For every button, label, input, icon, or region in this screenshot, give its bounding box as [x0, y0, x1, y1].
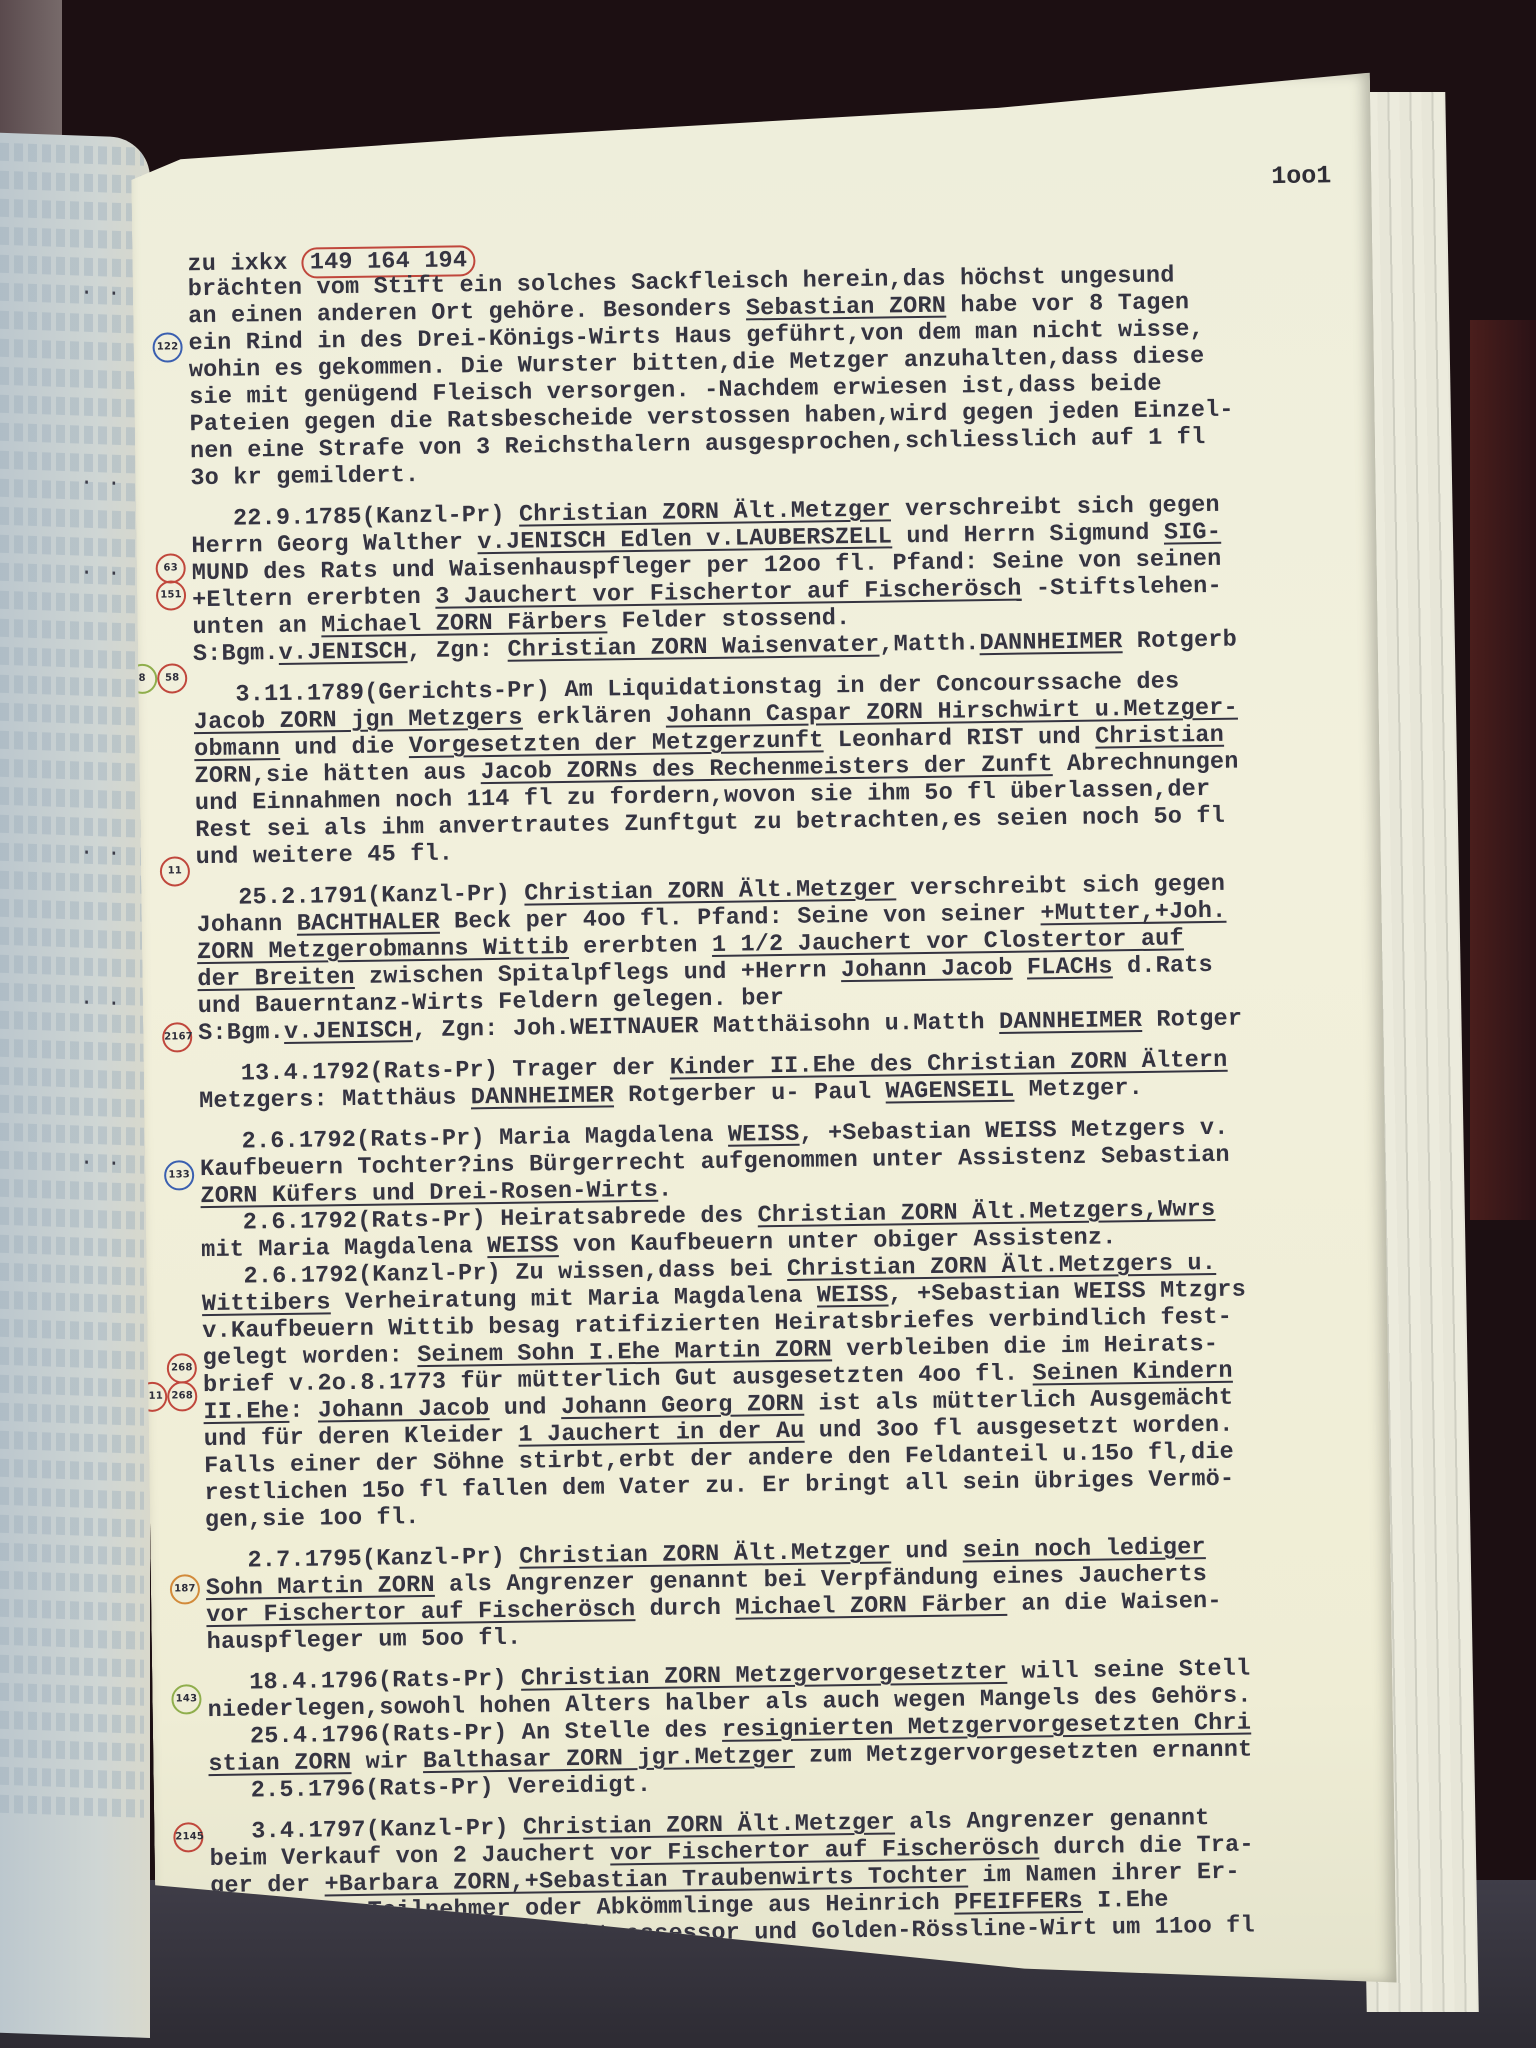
underlined-name: Johann Jacob	[318, 1395, 490, 1424]
left-page-dots: ..	[80, 986, 134, 1013]
underlined-name: II.Ehe	[203, 1398, 289, 1426]
underlined-name: DANNHEIMER	[979, 628, 1122, 657]
underlined-name: stian ZORN	[208, 1749, 351, 1778]
left-page: .. .. .. .. .. ..	[0, 132, 150, 2038]
record-entry: zu ixkx 149 164 194brächten vom Stift ei…	[187, 233, 1360, 492]
underlined-name: Michael ZORN Färber	[735, 1591, 1007, 1622]
margin-annotation: 187	[170, 1574, 200, 1604]
underlined-name: WEISS	[487, 1232, 559, 1260]
margin-annotation: 133	[164, 1160, 194, 1190]
record-entry: 2.7.1795(Kanzl-Pr) Christian ZORN Ält.Me…	[205, 1532, 1376, 1656]
margin-annotation: 143	[171, 1684, 201, 1714]
underlined-name: Balthasar ZORN jgr.Metzger	[423, 1743, 795, 1775]
underlined-name: DANNHEIMER	[471, 1082, 614, 1111]
underlined-name: Wittibers	[202, 1289, 331, 1318]
underlined-name: BACHTHALER	[297, 909, 440, 938]
underlined-name: Sebastian ZORN	[746, 293, 947, 323]
margin-annotation: 63	[155, 553, 185, 583]
underlined-name: WAGENSEIL	[885, 1077, 1014, 1106]
left-page-dots: ..	[80, 836, 134, 863]
left-page-dots: ..	[80, 556, 134, 583]
underlined-name: Christian	[1095, 722, 1224, 751]
margin-annotation: 268	[167, 1353, 197, 1383]
left-page-dots: ..	[80, 276, 134, 303]
margin-annotation: 122	[152, 332, 182, 362]
margin-annotation: 58	[157, 663, 187, 693]
background-shadow	[1470, 320, 1536, 1220]
underlined-name: Seinen Kindern	[1032, 1358, 1233, 1388]
underlined-name: obmann	[194, 735, 280, 763]
underlined-name: WEISS	[728, 1121, 800, 1149]
margin-annotation: 268	[167, 1381, 197, 1411]
left-page-dots: ..	[80, 466, 134, 493]
underlined-name: Johann Jacob	[841, 955, 1013, 984]
underlined-name: Michael ZORN Färbers	[321, 608, 607, 639]
underlined-name: WEISS	[817, 1282, 889, 1310]
record-entry: 3.11.1789(Gerichts-Pr) Am Liquidationsta…	[193, 666, 1366, 871]
record-entry: 22.9.1785(Kanzl-Pr) Christian ZORN Ält.M…	[191, 490, 1363, 668]
left-page-dots: ..	[80, 1146, 134, 1173]
underlined-name: sein noch lediger	[962, 1534, 1205, 1564]
margin-annotation: 151	[156, 580, 186, 610]
record-entry: 25.2.1791(Kanzl-Pr) Christian ZORN Ält.M…	[196, 869, 1368, 1047]
underlined-name: v.JENISCH	[279, 638, 408, 667]
underlined-name: der Breiten	[197, 964, 355, 993]
underlined-name: +Mutter,+Joh.	[1040, 898, 1226, 928]
record-entry: 13.4.1792(Rats-Pr) Trager der Kinder II.…	[199, 1045, 1370, 1115]
margin-annotation: 11	[160, 856, 190, 886]
underlined-name: PFEIFFERs	[954, 1888, 1083, 1917]
underlined-name: v.JENISCH	[284, 1017, 413, 1046]
record-entry: 2.6.1792(Kanzl-Pr) Zu wissen,dass bei Ch…	[201, 1248, 1375, 1534]
underlined-name: 1 Jauchert in der Au	[518, 1418, 804, 1449]
page-number: 1oo1	[1271, 161, 1331, 191]
underlined-name: Sohn Martin ZORN	[206, 1572, 435, 1602]
margin-annotation: 2145	[173, 1822, 203, 1852]
right-page: 1oo1 zu ixkx 149 164 194brächten vom Sti…	[130, 73, 1397, 2000]
underlined-name: Johann Georg ZORN	[561, 1391, 804, 1421]
underlined-name: SIG-	[1164, 519, 1222, 547]
underlined-name: FLACHs	[1027, 953, 1113, 981]
underlined-name: DANNHEIMER	[999, 1007, 1142, 1036]
margin-annotation: 2167	[162, 1022, 192, 1052]
typewritten-text-body: zu ixkx 149 164 194brächten vom Stift ei…	[187, 233, 1381, 1968]
underlined-name: Christian ZORN Waisenvater	[507, 632, 879, 664]
